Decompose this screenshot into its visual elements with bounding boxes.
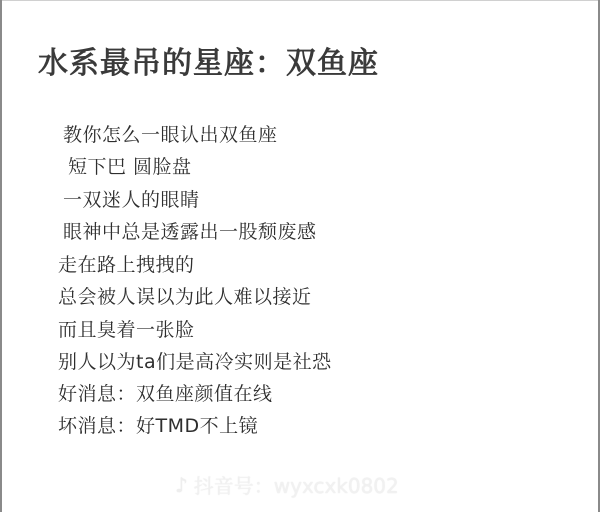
text-line: 好消息：双鱼座颜值在线 (58, 379, 273, 406)
text-line: 眼神中总是透露出一股颓废感 (63, 217, 317, 244)
text-line: 教你怎么一眼认出双鱼座 (63, 120, 278, 147)
watermark-text: 抖音号：wyxcxk0802 (194, 470, 399, 499)
frame-left-border (0, 0, 2, 512)
text-line: 坏消息：好TMD不上镜 (58, 411, 258, 438)
page-title: 水系最吊的星座：双鱼座 (38, 38, 379, 82)
text-line: 走在路上拽拽的 (58, 250, 195, 277)
text-line: 别人以为ta们是高冷实则是社恐 (58, 347, 332, 374)
frame-top-border (0, 0, 600, 1)
text-line: 一双迷人的眼睛 (63, 185, 200, 212)
watermark: ♪ 抖音号：wyxcxk0802 (175, 470, 399, 499)
tiktok-logo-icon: ♪ (175, 473, 188, 497)
text-line: 而且臭着一张脸 (58, 315, 195, 342)
text-line: 总会被人误以为此人难以接近 (58, 282, 312, 309)
text-line: 短下巴 圆脸盘 (68, 152, 192, 179)
